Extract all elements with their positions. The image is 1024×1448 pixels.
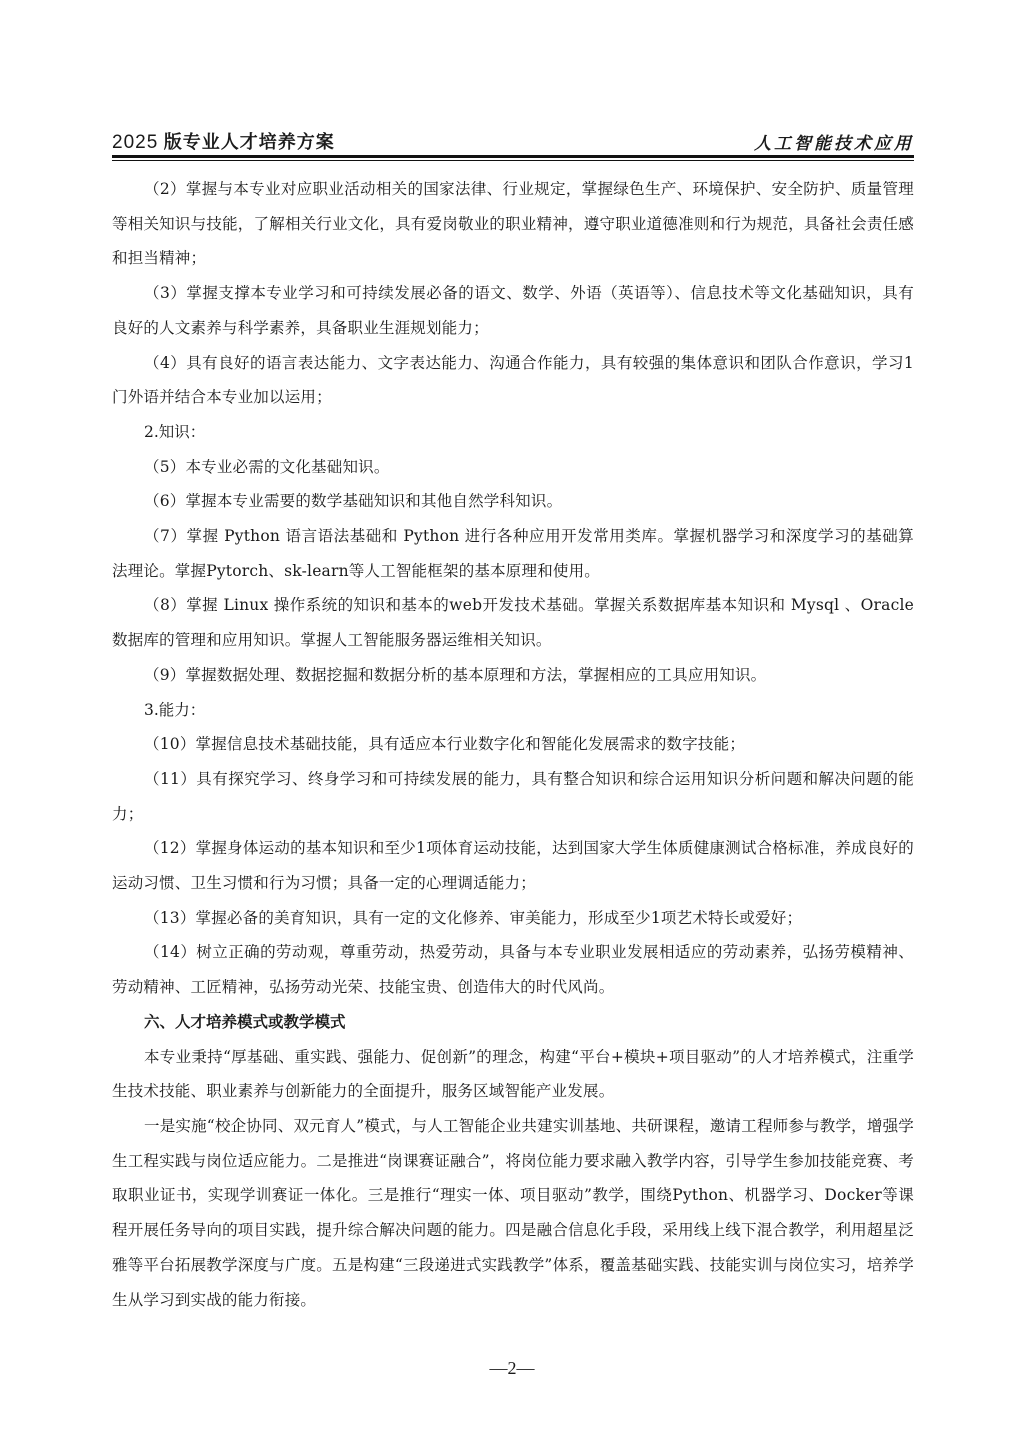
subheading-knowledge: 2.知识：	[112, 415, 914, 450]
header-rule-thick	[112, 155, 914, 158]
paragraph-2: （2）掌握与本专业对应职业活动相关的国家法律、行业规定，掌握绿色生产、环境保护、…	[112, 172, 914, 276]
page-header: 2025 版专业人才培养方案 人工智能技术应用	[112, 128, 914, 154]
paragraph-10: （10）掌握信息技术基础技能，具有适应本行业数字化和智能化发展需求的数字技能；	[112, 727, 914, 762]
header-document-title: 2025 版专业人才培养方案	[112, 128, 335, 154]
paragraph-12: （12）掌握身体运动的基本知识和至少1项体育运动技能，达到国家大学生体质健康测试…	[112, 831, 914, 900]
paragraph-4: （4）具有良好的语言表达能力、文字表达能力、沟通合作能力，具有较强的集体意识和团…	[112, 346, 914, 415]
document-body: （2）掌握与本专业对应职业活动相关的国家法律、行业规定，掌握绿色生产、环境保护、…	[112, 172, 914, 1317]
paragraph-3: （3）掌握支撑本专业学习和可持续发展必备的语文、数学、外语（英语等）、信息技术等…	[112, 276, 914, 345]
paragraph-mode-details: 一是实施“校企协同、双元育人”模式，与人工智能企业共建实训基地、共研课程，邀请工…	[112, 1109, 914, 1317]
paragraph-mode-intro: 本专业秉持“厚基础、重实践、强能力、促创新”的理念，构建“平台+模块+项目驱动”…	[112, 1040, 914, 1109]
paragraph-8: （8）掌握 Linux 操作系统的知识和基本的web开发技术基础。掌握关系数据库…	[112, 588, 914, 657]
paragraph-5: （5）本专业必需的文化基础知识。	[112, 450, 914, 485]
header-major-name: 人工智能技术应用	[754, 129, 914, 154]
paragraph-9: （9）掌握数据处理、数据挖掘和数据分析的基本原理和方法，掌握相应的工具应用知识。	[112, 658, 914, 693]
subheading-ability: 3.能力：	[112, 693, 914, 728]
paragraph-11: （11）具有探究学习、终身学习和可持续发展的能力，具有整合知识和综合运用知识分析…	[112, 762, 914, 831]
section-heading-training-mode: 六、人才培养模式或教学模式	[112, 1005, 914, 1040]
header-rule-thin	[112, 160, 914, 161]
page-number: —2—	[0, 1358, 1024, 1379]
header-year: 2025	[112, 132, 158, 153]
paragraph-6: （6）掌握本专业需要的数学基础知识和其他自然学科知识。	[112, 484, 914, 519]
paragraph-13: （13）掌握必备的美育知识，具有一定的文化修养、审美能力，形成至少1项艺术特长或…	[112, 901, 914, 936]
paragraph-14: （14）树立正确的劳动观，尊重劳动，热爱劳动，具备与本专业职业发展相适应的劳动素…	[112, 935, 914, 1004]
paragraph-7: （7）掌握 Python 语言语法基础和 Python 进行各种应用开发常用类库…	[112, 519, 914, 588]
header-left-title: 版专业人才培养方案	[164, 132, 335, 152]
